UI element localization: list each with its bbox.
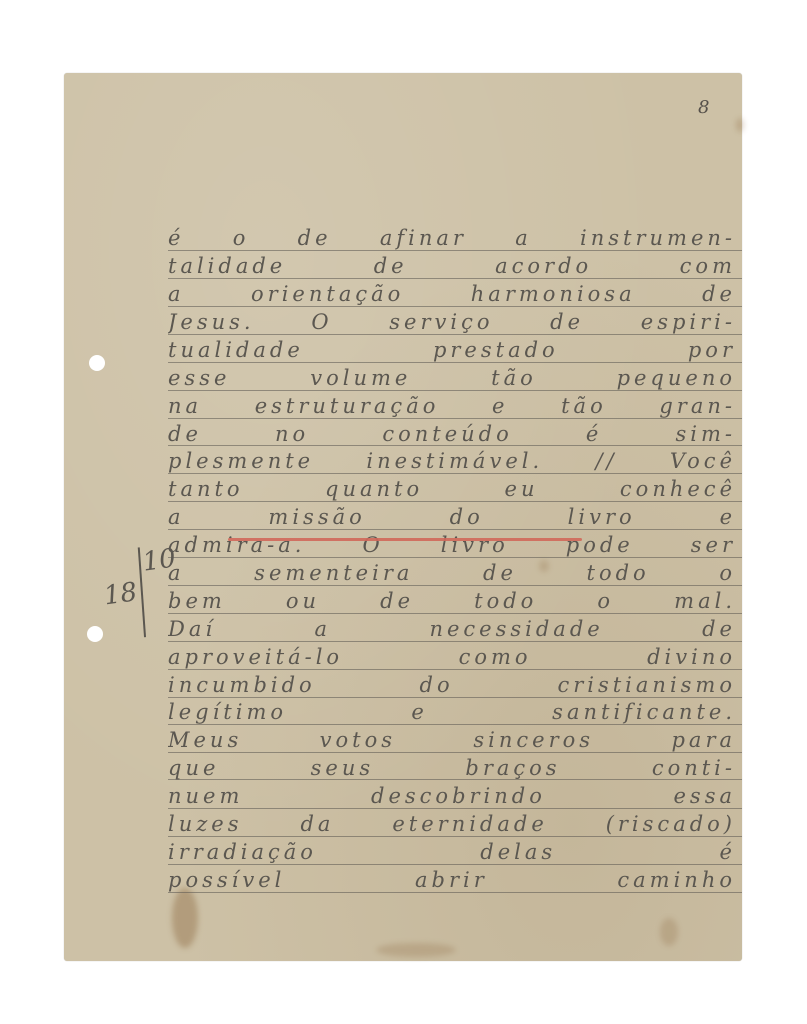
text-line-14: bem ou de todo o mal. <box>168 588 736 614</box>
text-line-7: na estruturação e tão gran- <box>168 393 736 419</box>
text-line-11: a missão do livro e <box>168 504 736 530</box>
text-line-5: tualidade prestado por <box>168 337 736 363</box>
text-line-3: a orientação harmoniosa de <box>168 281 736 307</box>
text-line-24: possível abrir caminho <box>168 867 736 893</box>
text-line-18: legítimo e santificante. <box>168 699 736 725</box>
text-line-22: luzes da eternidade (riscado) <box>168 811 736 837</box>
text-line-13: a sementeira de todo o <box>168 560 736 586</box>
red-pencil-underline <box>228 538 582 541</box>
text-line-10: tanto quanto eu conhecê <box>168 476 736 502</box>
stain-mark <box>736 118 744 132</box>
text-line-20: que seus braços conti- <box>168 755 736 781</box>
text-line-12: admira-a. O livro pode ser <box>168 532 736 558</box>
manuscript-page: 8 é o de afinar a instrumen- talidade de… <box>64 73 742 961</box>
text-line-8: de no conteúdo é sim- <box>168 421 736 447</box>
punch-hole-top <box>89 355 105 371</box>
text-line-6: esse volume tão pequeno <box>168 365 736 391</box>
punch-hole-bottom <box>87 626 103 642</box>
page-number: 8 <box>698 97 709 118</box>
margin-date-month: 10 <box>141 543 178 577</box>
margin-date-day: 18 <box>102 577 139 611</box>
stain-mark <box>376 943 456 957</box>
text-line-4: Jesus. O serviço de espiri- <box>168 309 736 335</box>
text-line-9: plesmente inestimável. // Você <box>168 448 736 474</box>
stain-mark <box>172 888 198 948</box>
text-line-23: irradiação delas é <box>168 839 736 865</box>
text-line-16: aproveitá-lo como divino <box>168 644 736 670</box>
text-line-19: Meus votos sinceros para <box>168 727 736 753</box>
text-line-2: talidade de acordo com <box>168 253 736 279</box>
text-line-1: é o de afinar a instrumen- <box>168 225 736 251</box>
margin-date-note: 1810 <box>98 542 186 642</box>
text-line-17: incumbido do cristianismo <box>168 672 736 698</box>
text-line-15: Daí a necessidade de <box>168 616 736 642</box>
text-line-21: nuem descobrindo essa <box>168 783 736 809</box>
stain-mark <box>660 918 678 946</box>
